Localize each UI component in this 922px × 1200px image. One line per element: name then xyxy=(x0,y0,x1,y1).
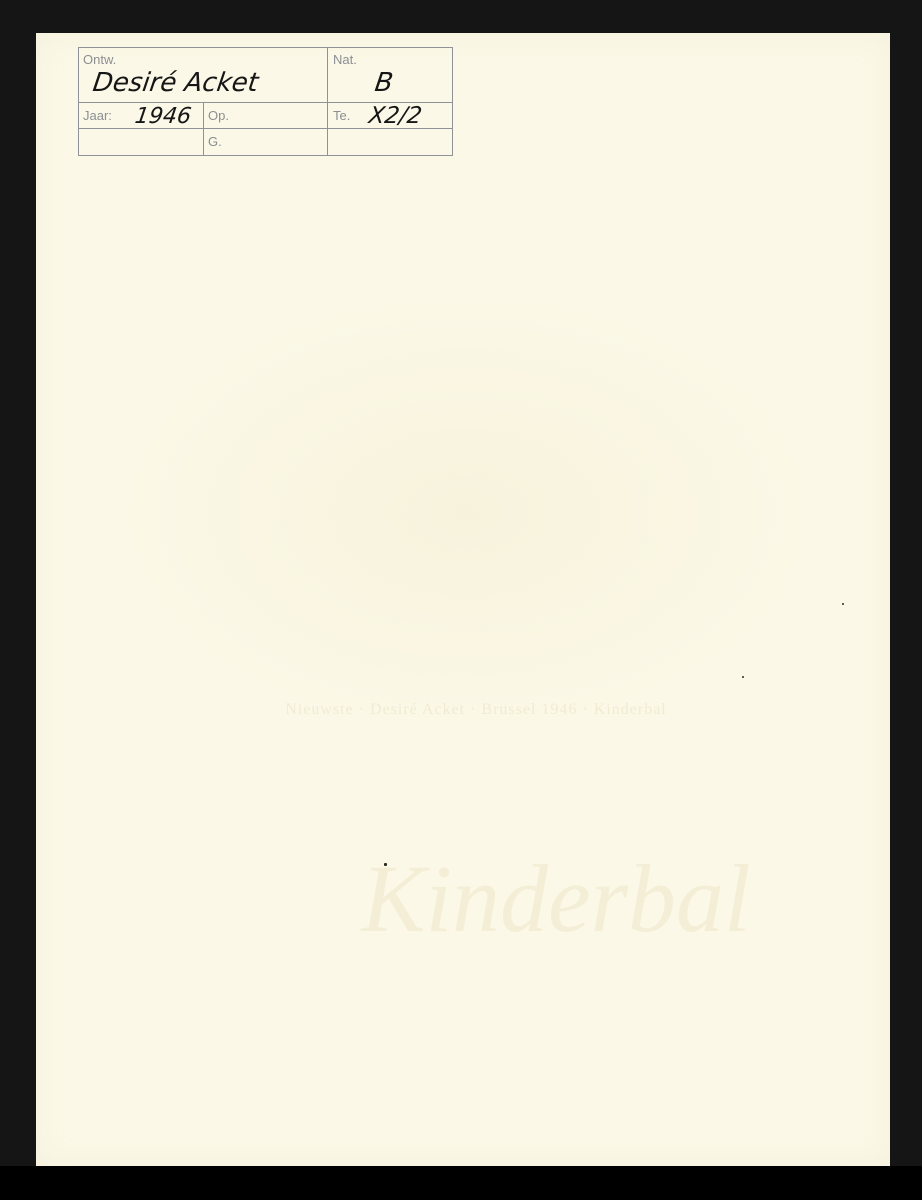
dust-speck xyxy=(742,676,744,678)
year-label: Jaar: xyxy=(83,108,112,123)
te-value: X2/2 xyxy=(367,103,423,129)
dust-speck xyxy=(384,863,387,866)
show-through-caption: Nieuwste · Desiré Acket · Brussel 1946 ·… xyxy=(216,701,736,719)
scan-bottom-band xyxy=(0,1166,922,1200)
stamp-col-divider xyxy=(327,48,328,155)
nationality-value: B xyxy=(373,68,395,98)
g-label: G. xyxy=(208,134,222,149)
archive-stamp-table: Ontw. Desiré Acket Nat. B Jaar: 1946 Op.… xyxy=(78,47,453,156)
dust-speck xyxy=(842,603,844,605)
stamp-col-divider xyxy=(203,102,204,155)
paper-sheet: Nieuwste · Desiré Acket · Brussel 1946 ·… xyxy=(36,33,890,1166)
year-value: 1946 xyxy=(133,104,193,129)
show-through-image xyxy=(116,293,816,733)
op-label: Op. xyxy=(208,108,229,123)
designer-label: Ontw. xyxy=(83,52,116,67)
show-through-script: Kinderbal xyxy=(276,843,836,954)
nationality-label: Nat. xyxy=(333,52,357,67)
designer-value: Desiré Acket xyxy=(91,68,260,98)
te-label: Te. xyxy=(333,108,350,123)
